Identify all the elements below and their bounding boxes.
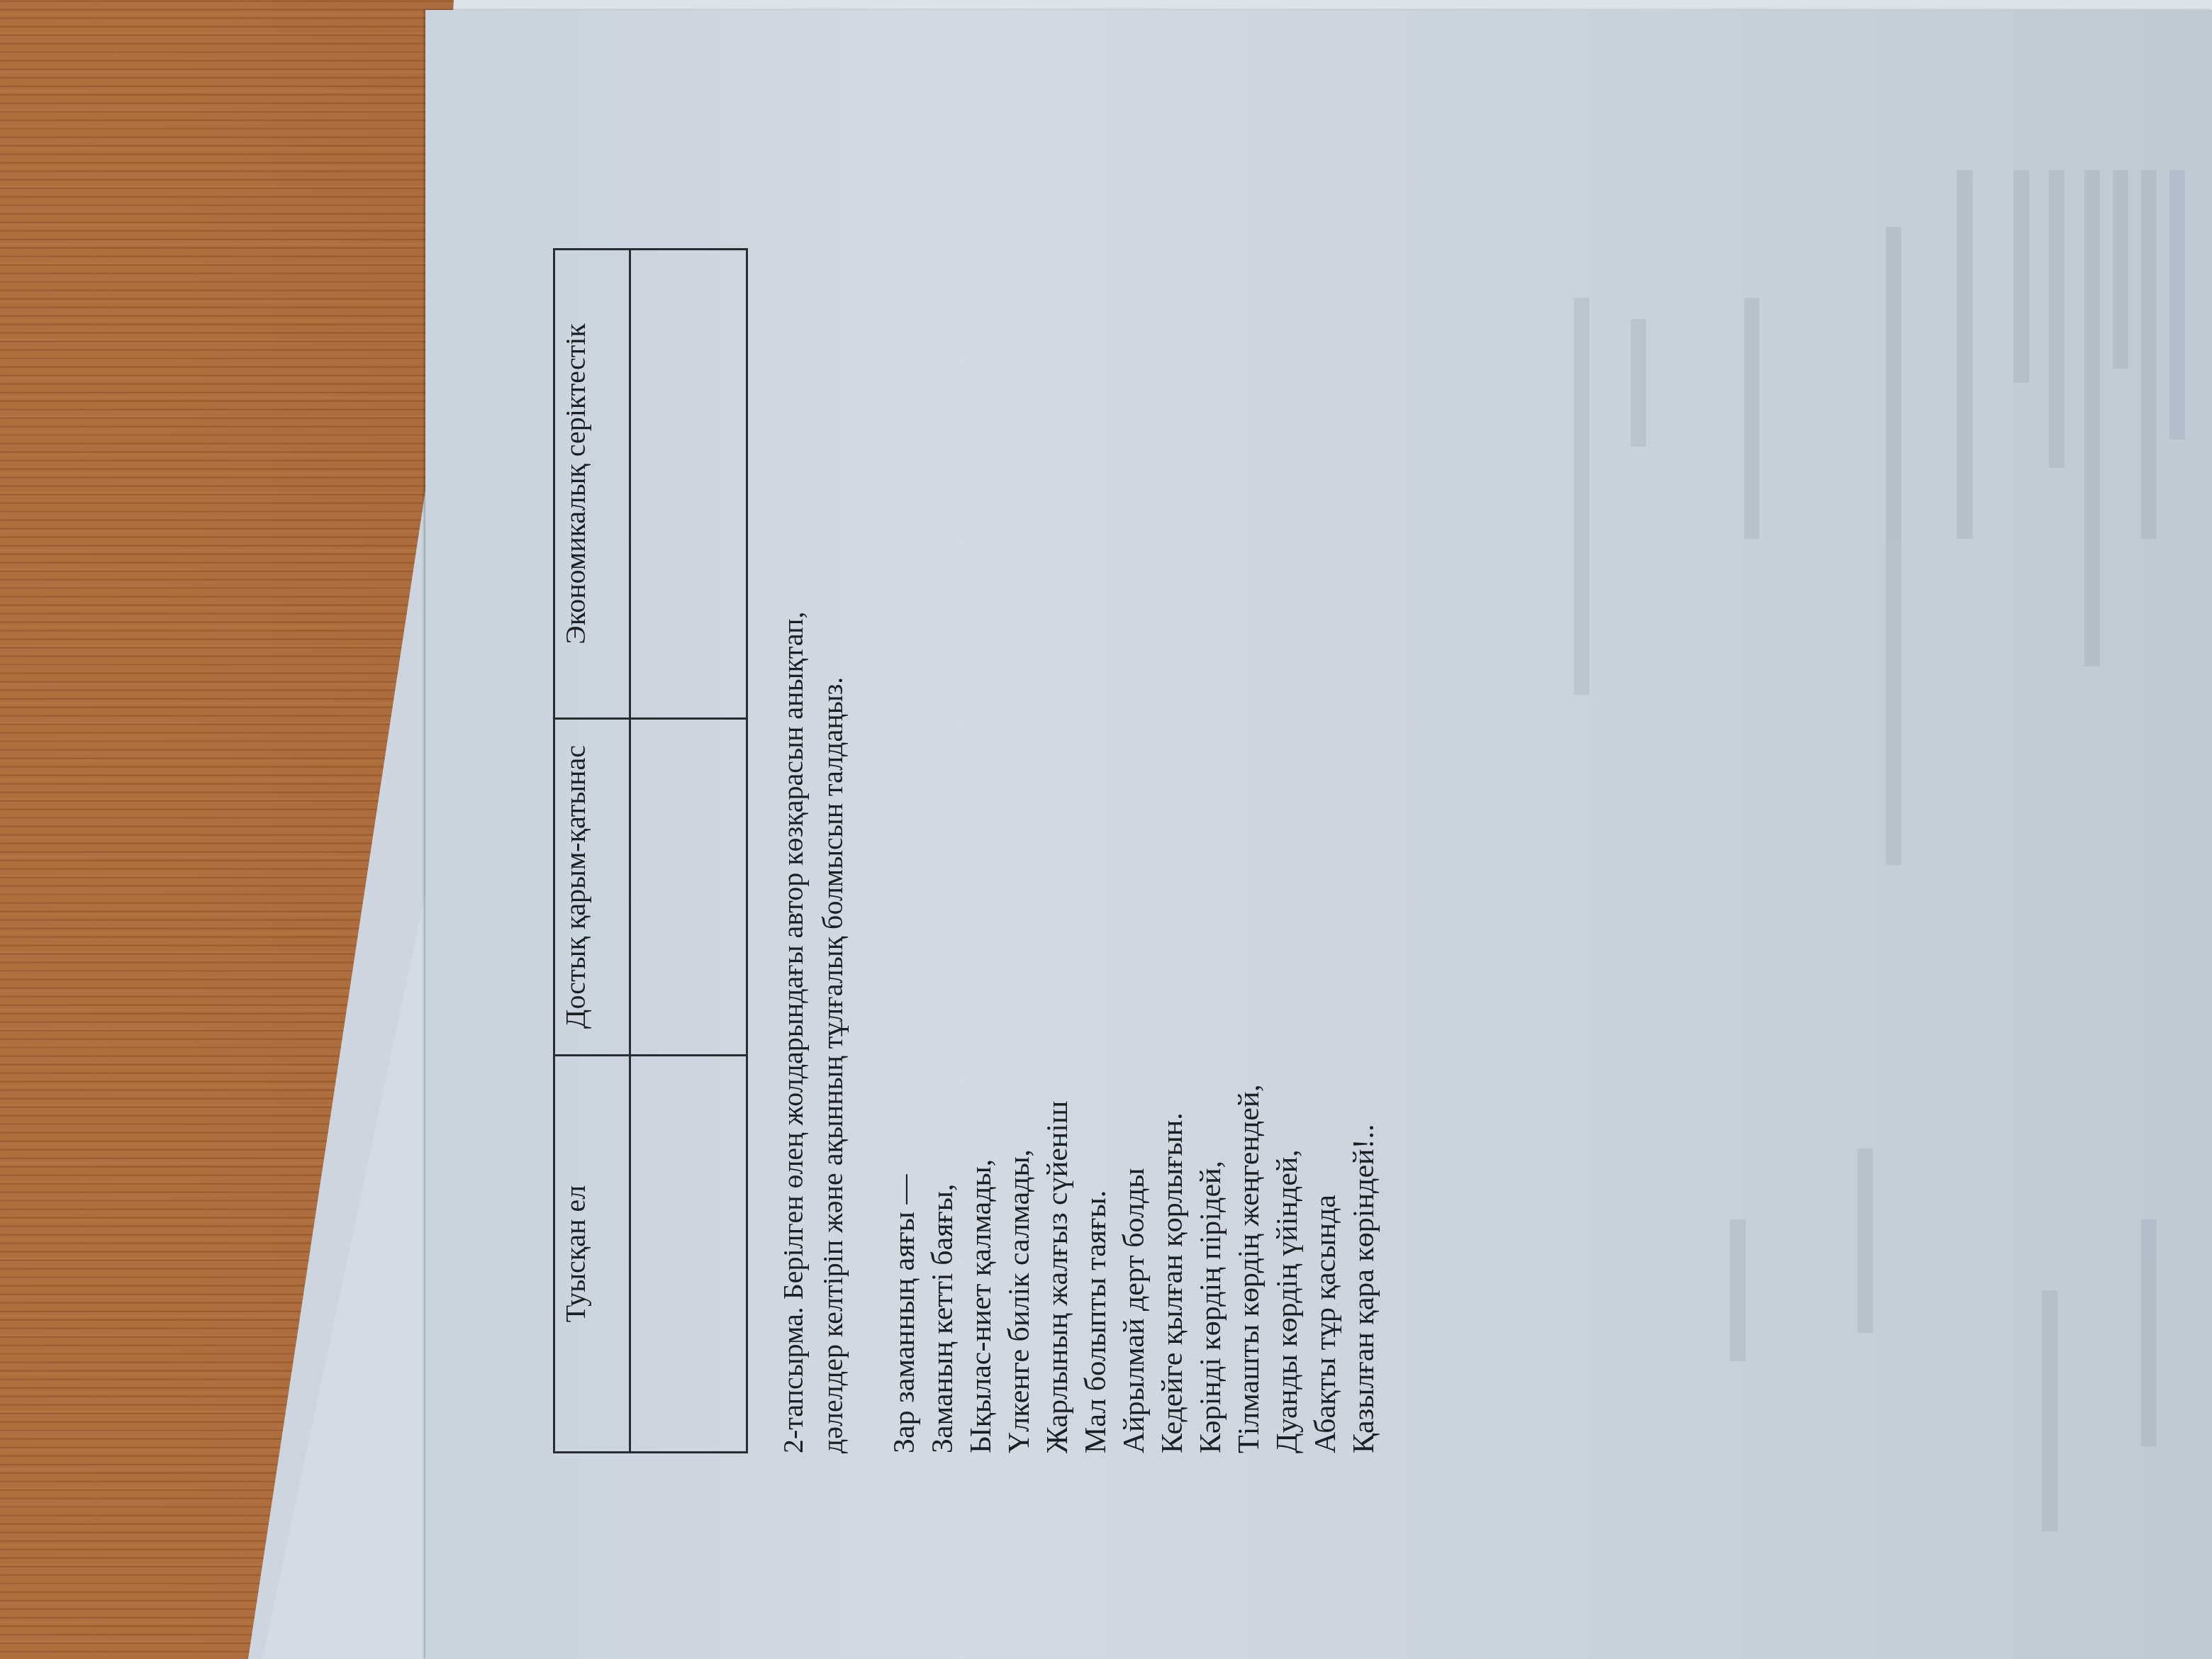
poem-line: Дуанды көрдің үйіндей, xyxy=(1268,241,1307,1453)
poem-line: Айрылмай дерт болды xyxy=(1115,241,1154,1453)
table-header-row: Туысқан ел Достық қарым-қатынас Экономик… xyxy=(554,250,630,1453)
table-cell[interactable] xyxy=(630,1056,747,1453)
document-content: Туысқан ел Достық қарым-қатынас Экономик… xyxy=(553,241,1383,1460)
poem-line: Мал болыпты таяғы. xyxy=(1077,241,1115,1453)
task-line: дәлелдер келтіріп және ақынның тұлғалық … xyxy=(813,241,853,1453)
task-line: 2-тапсырма. Берілген өлең жолдарындағы а… xyxy=(773,241,813,1453)
poem-line: Қазылған қара көріндей!.. xyxy=(1345,241,1383,1453)
poem-line: Зар заманның аяғы — xyxy=(886,241,924,1453)
table-row xyxy=(630,250,747,1453)
poem-line: Кәрінді көрдің пірідей, xyxy=(1192,241,1230,1453)
table-cell[interactable] xyxy=(630,250,747,719)
poem-line: Ықылас-ниет қалмады, xyxy=(962,241,1000,1453)
table-header-cell: Туысқан ел xyxy=(554,1056,630,1453)
poem-line: Заманың кетті баяғы, xyxy=(924,241,962,1453)
poem-line: Үлкенге билік салмады, xyxy=(1000,241,1039,1453)
bleed-through-text xyxy=(1560,85,2198,1574)
table-header-cell: Достық қарым-қатынас xyxy=(554,718,630,1055)
answer-table: Туысқан ел Достық қарым-қатынас Экономик… xyxy=(553,248,748,1453)
poem: Зар заманның аяғы —Заманың кетті баяғы,Ы… xyxy=(886,241,1383,1453)
task-instructions: 2-тапсырма. Берілген өлең жолдарындағы а… xyxy=(773,241,853,1453)
table-header-cell: Экономикалық серіктестік xyxy=(554,250,630,719)
poem-line: Тілмашты көрдің жеңгендей, xyxy=(1230,241,1268,1453)
poem-line: Жарлының жалғыз сүйеніш xyxy=(1039,241,1077,1453)
poem-line: Кедейге қылған қорлығын. xyxy=(1154,241,1192,1453)
poem-line: Абақты тұр қасында xyxy=(1307,241,1345,1453)
table-cell[interactable] xyxy=(630,718,747,1055)
